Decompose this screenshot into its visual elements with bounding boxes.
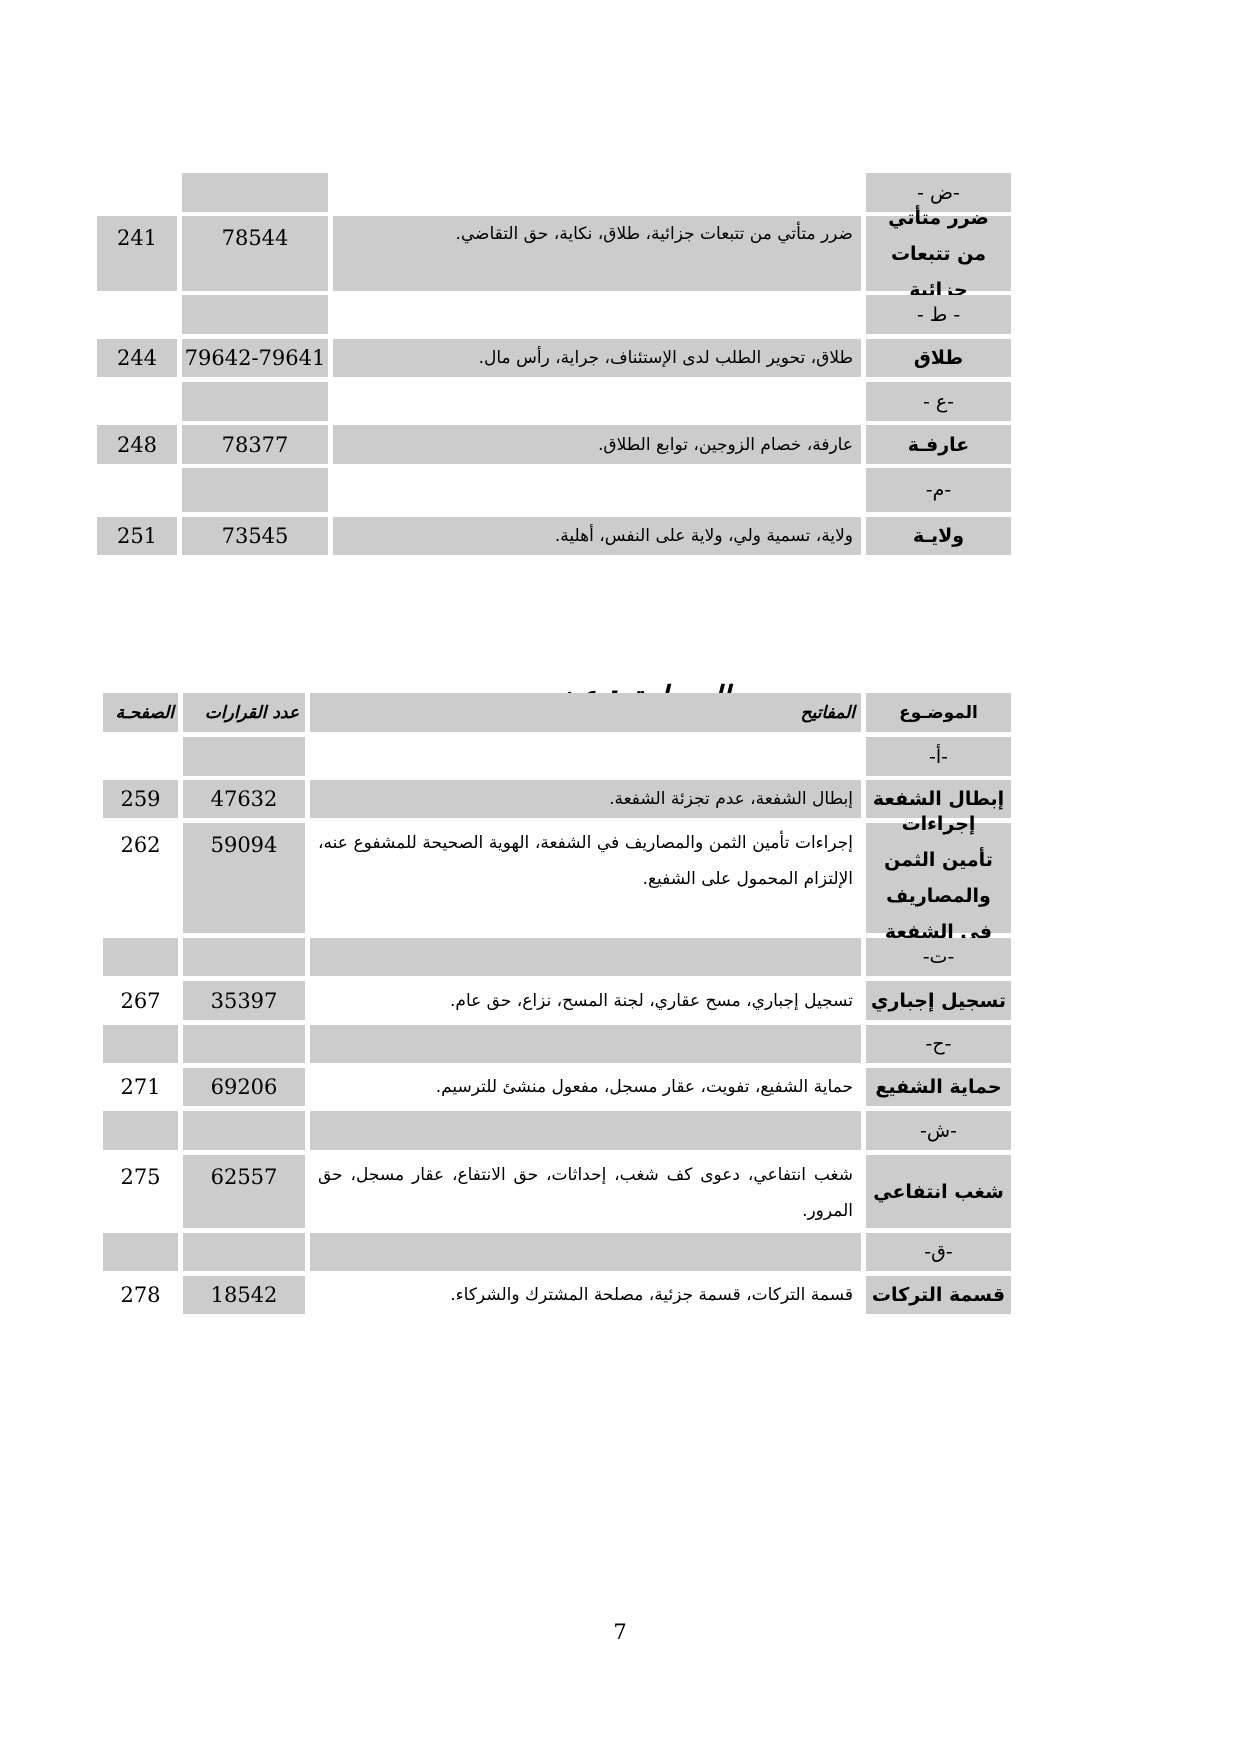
keywords-cell-empty	[310, 938, 861, 976]
count-cell-empty	[183, 1025, 305, 1063]
letter-heading: -ح-	[866, 1025, 1011, 1063]
keywords-cell-empty	[310, 1111, 861, 1150]
keywords-text: حماية الشفيع، تفويت، عقار مسجل، مفعول من…	[318, 1069, 853, 1105]
keywords-text: إجراءات تأمين الثمن والمصاريف في الشفعة،…	[318, 825, 853, 897]
page-cell: 259	[103, 780, 178, 818]
keywords-text: إبطال الشفعة، عدم تجزئة الشفعة.	[318, 781, 853, 817]
page-cell: 241	[97, 216, 177, 291]
page-cell: 251	[97, 517, 177, 555]
page-cell: 267	[103, 981, 178, 1020]
subject-cell: حماية الشفيع	[866, 1068, 1011, 1106]
keywords-cell: ولاية، تسمية ولي، ولاية على النفس، أهلية…	[333, 517, 861, 555]
subject-cell: طلاق	[866, 339, 1011, 377]
keywords-cell: عارفة، خصام الزوجين، توابع الطلاق.	[333, 425, 861, 464]
count-cell: 73545	[182, 517, 328, 555]
count-cell: 78377	[182, 425, 328, 464]
header-keywords: المفاتيح	[310, 693, 861, 732]
header-count: عدد القرارات	[183, 693, 305, 732]
subject-cell: ضرر متأتي من تتبعات جزائية	[866, 216, 1011, 291]
subject-cell: قسمة التركات	[866, 1276, 1011, 1314]
subject-cell: تسجيل إجباري	[866, 981, 1011, 1020]
page-cell: 275	[103, 1155, 178, 1228]
count-cell: 79642-79641	[182, 339, 328, 377]
page-cell: 278	[103, 1276, 178, 1314]
page-cell: 244	[97, 339, 177, 377]
count-cell-empty	[182, 173, 328, 212]
letter-heading: -أ-	[866, 737, 1011, 776]
keywords-cell: شغب انتفاعي، دعوى كف شغب، إحداثات، حق ال…	[310, 1155, 861, 1228]
header-subject: الموضـوع	[866, 693, 1011, 732]
keywords-text: ضرر متأتي من تتبعات جزائية، طلاق، نكاية،…	[341, 216, 853, 252]
keywords-cell: تسجيل إجباري، مسح عقاري، لجنة المسح، نزا…	[310, 981, 861, 1020]
keywords-text: قسمة التركات، قسمة جزئية، مصلحة المشترك …	[318, 1277, 853, 1313]
count-cell-empty	[183, 1111, 305, 1150]
page-cell-empty	[103, 1025, 178, 1063]
page-cell-empty	[103, 938, 178, 976]
keywords-text: عارفة، خصام الزوجين، توابع الطلاق.	[341, 427, 853, 463]
count-cell: 18542	[183, 1276, 305, 1314]
page-number: 7	[0, 1620, 1240, 1644]
page-cell-empty	[103, 1233, 178, 1271]
subject-cell: شغب انتفاعي	[866, 1155, 1011, 1228]
subject-cell: إجراءات تأمين الثمن والمصاريف في الشفعة	[866, 823, 1011, 933]
keywords-cell-empty	[310, 1025, 861, 1063]
count-cell: 62557	[183, 1155, 305, 1228]
keywords-text: تسجيل إجباري، مسح عقاري، لجنة المسح، نزا…	[318, 983, 853, 1019]
count-cell-empty	[183, 938, 305, 976]
keywords-text: طلاق، تحوير الطلب لدى الإستئناف، جراية، …	[341, 340, 853, 376]
count-cell-empty	[183, 737, 305, 776]
count-cell-empty	[182, 382, 328, 421]
keywords-text: شغب انتفاعي، دعوى كف شغب، إحداثات، حق ال…	[318, 1157, 853, 1229]
count-cell: 35397	[183, 981, 305, 1020]
keywords-cell: قسمة التركات، قسمة جزئية، مصلحة المشترك …	[310, 1276, 861, 1314]
count-cell: 69206	[183, 1068, 305, 1106]
letter-heading: - ط -	[866, 295, 1011, 334]
count-cell-empty	[183, 1233, 305, 1271]
count-cell: 59094	[183, 823, 305, 933]
page-cell-empty	[103, 1111, 178, 1150]
count-cell-empty	[182, 468, 328, 512]
letter-heading: -ق-	[866, 1233, 1011, 1271]
keywords-cell: طلاق، تحوير الطلب لدى الإستئناف، جراية، …	[333, 339, 861, 377]
count-cell-empty	[182, 295, 328, 334]
keywords-cell: حماية الشفيع، تفويت، عقار مسجل، مفعول من…	[310, 1068, 861, 1106]
keywords-cell: ضرر متأتي من تتبعات جزائية، طلاق، نكاية،…	[333, 216, 861, 291]
page-cell: 262	[103, 823, 178, 933]
subject-cell: ولايـة	[866, 517, 1011, 555]
letter-heading: -ش-	[866, 1111, 1011, 1150]
page-cell: 248	[97, 425, 177, 464]
letter-heading: -م-	[866, 468, 1011, 512]
letter-heading: -ع -	[866, 382, 1011, 421]
count-cell: 47632	[183, 780, 305, 818]
header-page: الصفحـة	[103, 693, 178, 732]
keywords-cell-empty	[310, 1233, 861, 1271]
letter-heading: -ت-	[866, 938, 1011, 976]
count-cell: 78544	[182, 216, 328, 291]
page-cell: 271	[103, 1068, 178, 1106]
subject-cell: عارفـة	[866, 425, 1011, 464]
keywords-text: ولاية، تسمية ولي، ولاية على النفس، أهلية…	[341, 518, 853, 554]
keywords-cell: إجراءات تأمين الثمن والمصاريف في الشفعة،…	[310, 823, 861, 933]
keywords-cell: إبطال الشفعة، عدم تجزئة الشفعة.	[310, 780, 861, 818]
